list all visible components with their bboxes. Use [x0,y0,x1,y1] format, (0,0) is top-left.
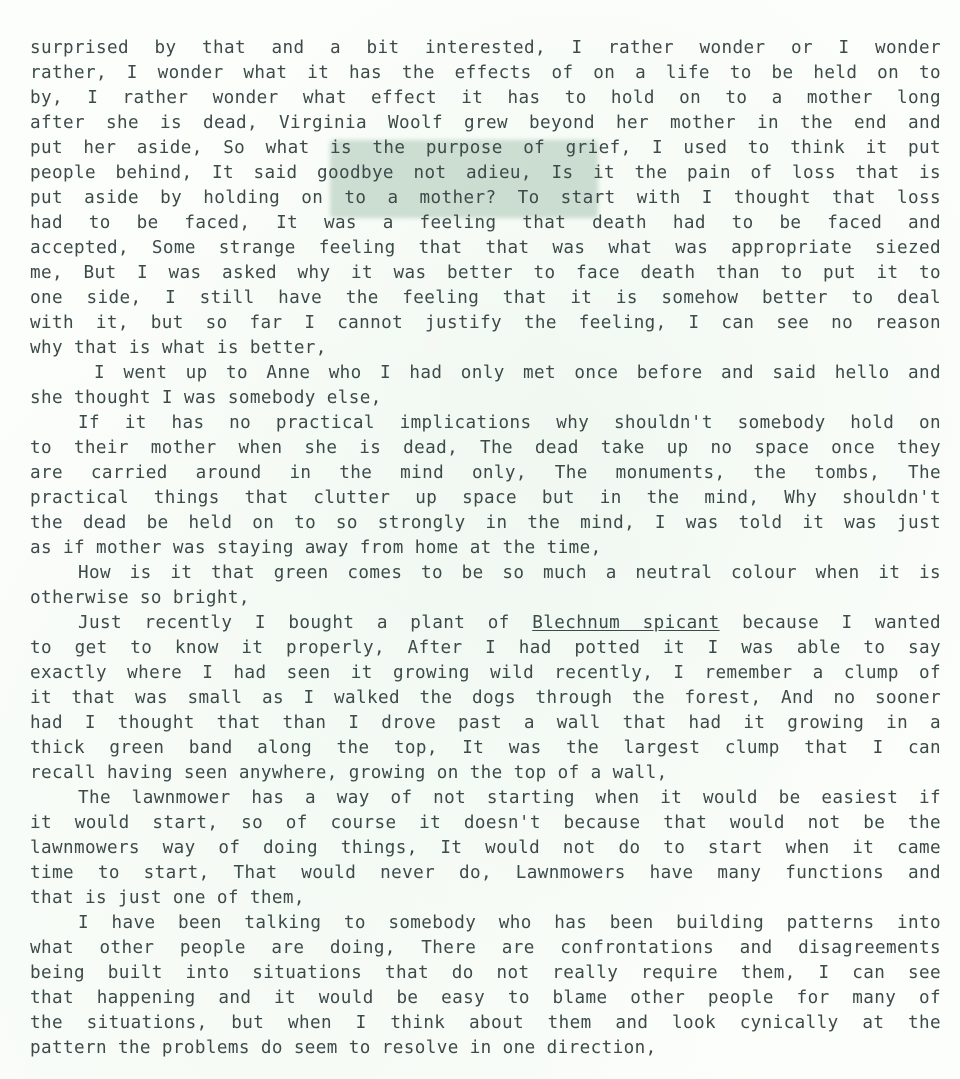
paragraph: Just recently I bought a plant of Blechn… [30,611,941,786]
text-line: time to start, That would never do, Lawn… [30,861,941,886]
text-line: me, But I was asked why it was better to… [30,261,941,286]
text-line: Just recently I bought a plant of Blechn… [30,611,941,636]
text-line: to get to know it properly, After I had … [30,636,941,661]
paragraph: I have been talking to somebody who has … [30,911,941,1061]
text-line: the situations, but when I think about t… [30,1011,941,1036]
text-line: rather, I wonder what it has the effects… [30,61,941,86]
text-line: surprised by that and a bit interested, … [30,36,941,61]
text-line: had to be faced, It was a feeling that d… [30,211,941,236]
scanned-page: surprised by that and a bit interested, … [0,0,960,1079]
text-line: are carried around in the mind only, The… [30,461,941,486]
text-line: as if mother was staying away from home … [30,536,941,561]
text-line: lawnmowers way of doing things, It would… [30,836,941,861]
text-line: she thought I was somebody else, [30,386,941,411]
text-line: pattern the problems do seem to resolve … [30,1036,941,1061]
text-line: what other people are doing, There are c… [30,936,941,961]
paragraph: I went up to Anne who I had only met onc… [30,361,941,411]
text-line: being built into situations that do not … [30,961,941,986]
text-line: why that is what is better, [30,336,941,361]
text-line: put her aside, So what is the purpose of… [30,136,941,161]
text-line: one side, I still have the feeling that … [30,286,941,311]
text-line: to their mother when she is dead, The de… [30,436,941,461]
text-line: with it, but so far I cannot justify the… [30,311,941,336]
text-line: If it has no practical implications why … [30,411,941,436]
text-line: recall having seen anywhere, growing on … [30,761,941,786]
text-line: the dead be held on to so strongly in th… [30,511,941,536]
text-line: that happening and it would be easy to b… [30,986,941,1011]
text-line: by, I rather wonder what effect it has t… [30,86,941,111]
document-body: surprised by that and a bit interested, … [30,36,941,1061]
species-name: Blechnum spicant [532,613,719,633]
text-line: after she is dead, Virginia Woolf grew b… [30,111,941,136]
paragraph: The lawnmower has a way of not starting … [30,786,941,911]
text-line: practical things that clutter up space b… [30,486,941,511]
text-line: I have been talking to somebody who has … [30,911,941,936]
text-line: How is it that green comes to be so much… [30,561,941,586]
text-line: thick green band along the top, It was t… [30,736,941,761]
text-line: The lawnmower has a way of not starting … [30,786,941,811]
text-line: I went up to Anne who I had only met onc… [30,361,941,386]
paragraph: How is it that green comes to be so much… [30,561,941,611]
text-line: that is just one of them, [30,886,941,911]
text-line: exactly where I had seen it growing wild… [30,661,941,686]
text-line: accepted, Some strange feeling that that… [30,236,941,261]
paragraph: If it has no practical implications why … [30,411,941,561]
text-line: it would start, so of course it doesn't … [30,811,941,836]
text-line: had I thought that than I drove past a w… [30,711,941,736]
text-line: it that was small as I walked the dogs t… [30,686,941,711]
text-line: otherwise so bright, [30,586,941,611]
text-line: put aside by holding on to a mother? To … [30,186,941,211]
text-line: people behind, It said goodbye not adieu… [30,161,941,186]
paragraph: surprised by that and a bit interested, … [30,36,941,361]
